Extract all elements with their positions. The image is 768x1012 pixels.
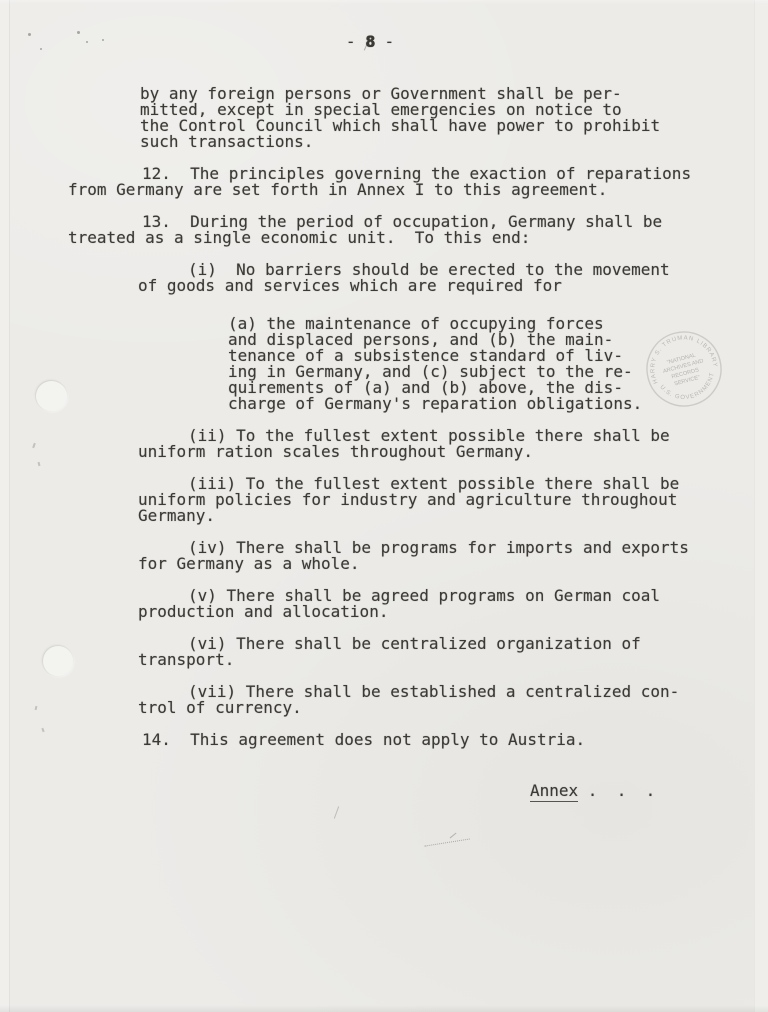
annex-label: Annex <box>530 781 578 802</box>
faint-pencil-mark <box>424 838 471 858</box>
faint-slash-mark <box>334 806 339 819</box>
page-number-right-dash: - <box>384 32 394 51</box>
paper-speck <box>86 41 88 43</box>
annex-reference: Annex . . . <box>530 783 655 799</box>
paper-speck <box>28 33 31 36</box>
item-vii: (vii) There shall be established a centr… <box>138 684 768 716</box>
paper-speck <box>102 39 104 41</box>
item-v: (v) There shall be agreed programs on Ge… <box>138 588 768 620</box>
item-vi: (vi) There shall be centralized organiza… <box>138 636 768 668</box>
item-i: (i) No barriers should be erected to the… <box>138 262 768 294</box>
paper-speck <box>77 31 80 34</box>
para-12: 12. The principles governing the exactio… <box>68 166 768 198</box>
page-number: - 8 - <box>0 34 754 50</box>
para-11-continuation: by any foreign persons or Government sha… <box>140 86 768 150</box>
paper-speck <box>40 48 42 50</box>
paper-edge-bottom <box>0 1005 768 1012</box>
scanned-document-page: - 8 - by any foreign persons or Governme… <box>0 0 768 1012</box>
item-iii: (iii) To the fullest extent possible the… <box>138 476 768 524</box>
page-number-space-2 <box>375 32 385 51</box>
para-13: 13. During the period of occupation, Ger… <box>68 214 768 246</box>
para-14: 14. This agreement does not apply to Aus… <box>68 732 768 748</box>
paper-edge-top <box>0 0 768 4</box>
punched-hole-bottom <box>43 646 73 676</box>
item-iv: (iv) There shall be programs for imports… <box>138 540 768 572</box>
page-number-digit: 8 <box>365 32 375 51</box>
annex-dots: . . . <box>578 781 655 800</box>
page-number-left-dash: - <box>346 32 356 51</box>
